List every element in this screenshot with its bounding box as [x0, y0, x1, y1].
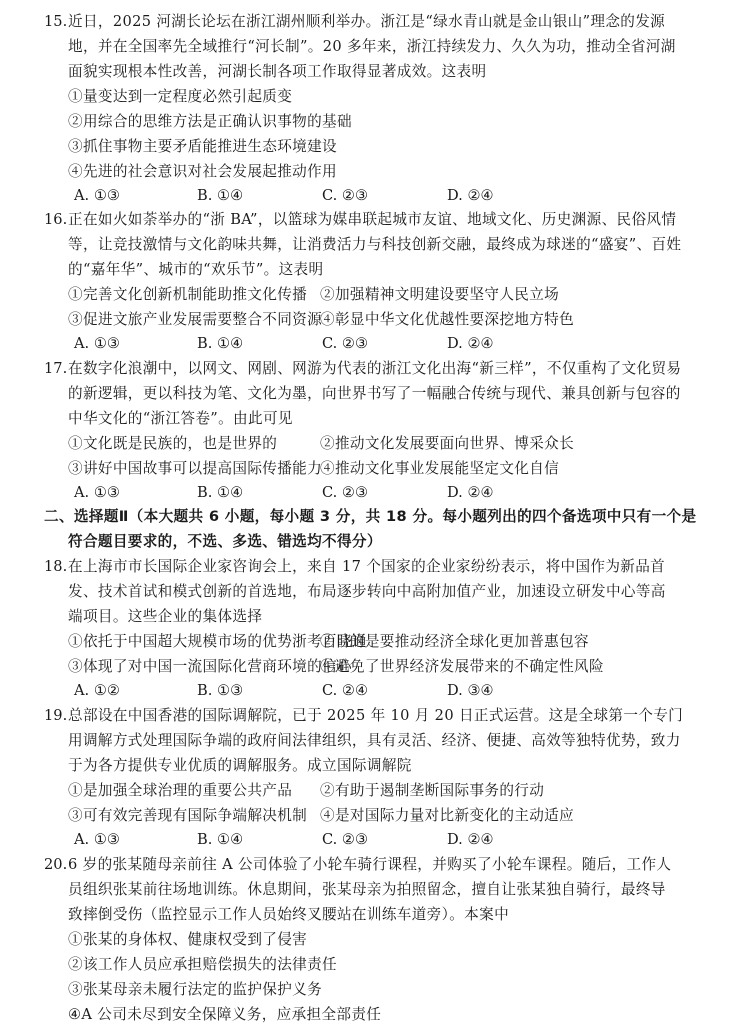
question-stem: 中华文化的“浙江答卷”。由此可见: [68, 407, 293, 431]
choice-c: C. ②③: [322, 332, 368, 356]
question-stem: 在上海市市长国际企业家咨询会上，来自 17 个国家的企业家纷纷表示，将中国作为新…: [68, 555, 665, 579]
choice-d: D. ②④: [447, 332, 494, 356]
question-stem: 的“嘉年华”、城市的“欢乐节”。这表明: [68, 258, 323, 282]
choice-a: A. ①③: [74, 332, 120, 356]
statement: ①文化既是民族的，也是世界的: [68, 432, 277, 456]
choice-b: B. ①③: [197, 679, 243, 703]
statement: ②目的是要推动经济全球化更加普惠包容: [320, 630, 589, 654]
statement: ④是对国际力量对比新变化的主动适应: [320, 804, 574, 828]
choice-a: A. ①③: [74, 828, 120, 852]
choice-c: C. ②④: [322, 679, 368, 703]
choice-d: D. ②④: [447, 184, 494, 208]
statement: ③抓住事物主要矛盾能推进生态环境建设: [68, 135, 337, 159]
choice-c: C. ②③: [322, 184, 368, 208]
question-stem: 总部设在中国香港的国际调解院，已于 2025 年 10 月 20 日正式运营。这…: [68, 704, 683, 728]
question-stem: 发、技术首试和模式创新的首选地，布局逐步转向中高附加值产业，加速设立研发中心等高: [68, 580, 666, 604]
statement: ③促进文旅产业发展需要整合不同资源: [68, 308, 322, 332]
section-title: 二、选择题Ⅱ（本大题共 6 小题，每小题 3 分，共 18 分。每小题列出的四个…: [44, 505, 696, 529]
statement: ④先进的社会意识对社会发展起推动作用: [68, 160, 337, 184]
statement: ④避免了世界经济发展带来的不确定性风险: [320, 655, 604, 679]
question-stem: 致摔倒受伤（监控显示工作人员始终叉腰站在训练车道旁）。本案中: [68, 903, 509, 927]
question-stem: 在数字化浪潮中，以网文、网剧、网游为代表的浙江文化出海“新三样”，不仅重构了文化…: [68, 357, 681, 381]
statement: ①量变达到一定程度必然引起质变: [68, 85, 292, 109]
exam-page: 15. 近日，2025 河湖长论坛在浙江湖州顺利举办。浙江是“绿水青山就是金山银…: [0, 0, 734, 1024]
statement: ④推动文化事业发展能坚定文化自信: [320, 457, 559, 481]
choice-a: A. ①③: [74, 184, 120, 208]
question-stem: 员组织张某前往场地训练。休息期间，张某母亲为拍照留念，擅自让张某独自骑行，最终导: [68, 878, 666, 902]
statement: ④彰显中华文化优越性要深挖地方特色: [320, 308, 574, 332]
choice-a: A. ①②: [74, 679, 120, 703]
statement: ③可有效完善现有国际争端解决机制: [68, 804, 307, 828]
statement: ③张某母亲未履行法定的监护保护义务: [68, 978, 322, 1002]
statement: ②用综合的思维方法是正确认识事物的基础: [68, 110, 352, 134]
question-number: 18.: [44, 555, 67, 579]
statement: ①是加强全球治理的重要公共产品: [68, 779, 292, 803]
statement: ④A 公司未尽到安全保障义务，应承担全部责任: [68, 1003, 381, 1024]
statement: ①完善文化创新机制能助推文化传播: [68, 283, 307, 307]
section-instructions: 符合题目要求的，不选、多选、错选均不得分）: [68, 530, 382, 554]
question-stem: 正在如火如荼举办的“浙 BA”，以篮球为媒串联起城市友谊、地域文化、历史渊源、民…: [68, 208, 676, 232]
question-stem: 用调解方式处理国际争端的政府间法律组织，具有灵活、经济、便捷、高效等独特优势，致…: [68, 729, 681, 753]
question-stem: 地，并在全国率先全域推行“河长制”。20 多年来，浙江持续发力、久久为功，推动全…: [68, 35, 676, 59]
statement: ③讲好中国故事可以提高国际传播能力: [68, 457, 322, 481]
question-stem: 端项目。这些企业的集体选择: [68, 605, 262, 629]
question-number: 20.: [44, 853, 67, 877]
statement: ①张某的身体权、健康权受到了侵害: [68, 928, 307, 952]
question-number: 15.: [44, 10, 67, 34]
question-number: 19.: [44, 704, 67, 728]
choice-d: D. ②④: [447, 481, 494, 505]
question-stem: 的新逻辑，更以科技为笔、文化为墨，向世界书写了一幅融合传统与现代、兼具创新与包容…: [68, 382, 681, 406]
question-stem: 面貌实现根本性改善，河湖长制各项工作取得显著成效。这表明: [68, 60, 486, 84]
choice-c: C. ②③: [322, 481, 368, 505]
choice-c: C. ②③: [322, 828, 368, 852]
choice-d: D. ②④: [447, 828, 494, 852]
question-stem: 等，让竞技激情与文化韵味共舞，让消费活力与科技创新交融，最终成为球迷的“盛宴”、…: [68, 233, 681, 257]
statement: ③体现了对中国一流国际化营商环境的信心: [68, 655, 352, 679]
question-stem: 近日，2025 河湖长论坛在浙江湖州顺利举办。浙江是“绿水青山就是金山银山”理念…: [68, 10, 665, 34]
choice-b: B. ①④: [197, 828, 243, 852]
choice-b: B. ①④: [197, 481, 243, 505]
choice-b: B. ①④: [197, 184, 243, 208]
question-stem: 于为各方提供专业优质的调解服务。成立国际调解院: [68, 754, 412, 778]
question-number: 16.: [44, 208, 67, 232]
choice-d: D. ③④: [447, 679, 494, 703]
statement: ②加强精神文明建设要坚守人民立场: [320, 283, 559, 307]
statement: ②该工作人员应承担赔偿损失的法律责任: [68, 953, 337, 977]
choice-b: B. ①④: [197, 332, 243, 356]
question-stem: 6 岁的张某随母亲前往 A 公司体验了小轮车骑行课程，并购买了小轮车课程。随后，…: [68, 853, 671, 877]
question-number: 17.: [44, 357, 67, 381]
choice-a: A. ①③: [74, 481, 120, 505]
statement: ②推动文化发展要面向世界、博采众长: [320, 432, 574, 456]
statement: ②有助于遏制垄断国际事务的行动: [320, 779, 544, 803]
